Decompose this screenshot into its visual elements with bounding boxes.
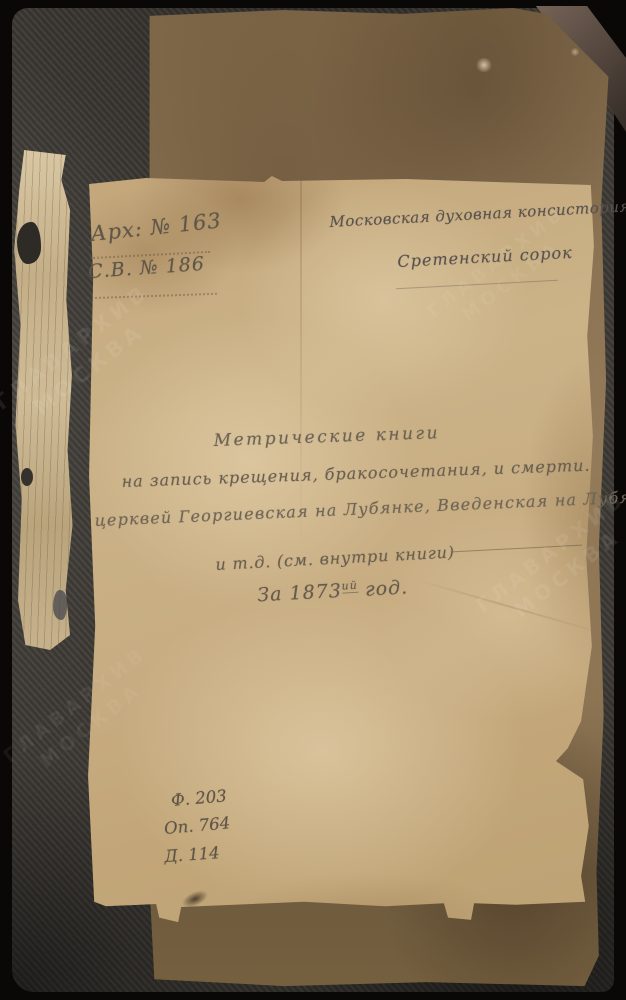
paper-crease [300,176,302,556]
paper-smudge [53,590,67,620]
paper-hole [21,468,33,486]
archival-book-cover-scan: Арх: № 163 С.В. № 186 Московская духовна… [0,0,626,1000]
year-suffix: год. [357,576,408,601]
year-superscript: ий [341,579,358,594]
paper-crease [410,577,612,637]
spine-paper-remnant [13,150,75,650]
paper-spot [475,58,493,72]
year-prefix: За 1873 [257,580,343,606]
delo-number: Д. 114 [164,843,221,866]
paper-hole [17,222,41,264]
paper-spot [570,48,580,56]
